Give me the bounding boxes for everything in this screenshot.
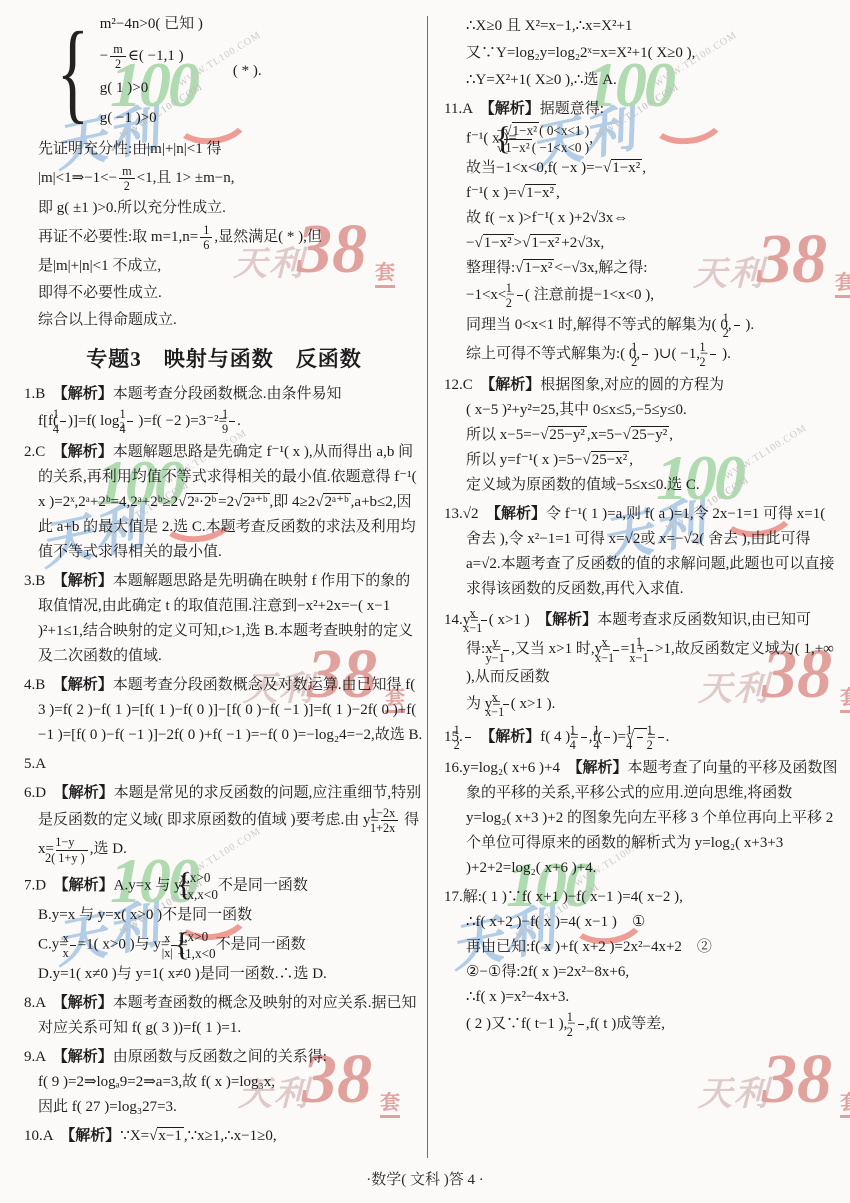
answer-item: 5.A (24, 752, 424, 777)
answer-item: 15.12 【解析】f( 4 )=14,f(14)=√14=12. (444, 723, 840, 752)
answer-item: 9.A 【解析】由原函数与反函数之间的关系得:f( 9 )=2⇒logₐ9=2⇒… (24, 1045, 424, 1120)
paragraph: 再证不必要性:取 m=1,n=16,显然满足( * ),但 (24, 223, 424, 252)
answer-item: 7.D 【解析】A.y=x 与 y={x,x>0−x,x<0不是同一函数B.y=… (24, 869, 424, 988)
system-line: m²−4n>0( 已知 ) (100, 12, 203, 37)
equation-system: {m²−4n>0( 已知 )−m2∈( −1,1 )g( 1 )>0g( −1 … (46, 12, 424, 131)
watermark-tl38: 天利38套 (698, 1050, 850, 1145)
answer-item: 4.B 【解析】本题考查分段函数概念及对数运算.由已知得 f( 3 )=f( 2… (24, 673, 424, 748)
answer-item: 17.解:( 1 )∵f( x+1 )−f( x−1 )=4( x−2 ),∴f… (444, 885, 840, 1039)
answer-item: 12.C 【解析】根据图象,对应的圆的方程为( x−5 )²+y²=25,其中 … (444, 373, 840, 498)
system-line: −m2∈( −1,1 ) (100, 42, 203, 71)
answer-item: 13.√2 【解析】令 f⁻¹( 1 )=a,则 f( a )=1,令 2x−1… (444, 502, 840, 602)
paragraph: 又∵Y=log₂y=log₂2ˣ=x=X²+1( X≥0 ), (444, 41, 840, 66)
system-brace: { (57, 16, 89, 128)
watermark-38-text: 38 (762, 1040, 832, 1120)
paragraph: 综合以上得命题成立. (24, 308, 424, 333)
system-line: g( −1 )>0 (100, 106, 203, 131)
paragraph: 先证明充分性:由|m|+|n|<1 得 (24, 137, 424, 162)
answer-item: 2.C 【解析】本题解题思路是先确定 f⁻¹( x ),从而得出 a,b 间的关… (24, 440, 424, 565)
answer-item: 10.A 【解析】∵X=√x−1,∵x≥1,∴x−1≥0, (24, 1124, 424, 1149)
paragraph: 是|m|+|n|<1 不成立, (24, 254, 424, 279)
watermark-tao-text: 套 (840, 681, 850, 713)
answer-item: 3.B 【解析】本题解题思路是先明确在映射 f 作用下的象的取值情况,由此确定 … (24, 569, 424, 669)
system-mark: ( * ). (233, 59, 262, 84)
answer-item: 11.A 【解析】据题意得:f⁻¹( x )={−√1−x²( 0<x<1 )√… (444, 97, 840, 369)
column-divider (427, 16, 428, 1158)
answer-item: 16.y=log₂( x+6 )+4 【解析】本题考查了向量的平移及函数图象的平… (444, 756, 840, 881)
answer-item: 1.B 【解析】本题考查分段函数概念.由条件易知f[f(14)]=f( log₂… (24, 382, 424, 436)
system-lines: m²−4n>0( 已知 )−m2∈( −1,1 )g( 1 )>0g( −1 )… (100, 12, 203, 131)
right-column: ∴X≥0 且 X²=x−1,∴x=X²+1又∵Y=log₂y=log₂2ˣ=x=… (444, 12, 840, 1044)
answer-item: 8.A 【解析】本题考查函数的概念及映射的对应关系.据已知对应关系可知 f( g… (24, 991, 424, 1041)
system-line: g( 1 )>0 (100, 76, 203, 101)
answer-item: 6.D 【解析】本题是常见的求反函数的问题,应注重细节,特别是反函数的定义域( … (24, 781, 424, 865)
paragraph: 即得不必要性成立. (24, 281, 424, 306)
scanned-answer-page: 天利100WWW.TL100.COMWWW.TL100.COM天利100WWW.… (0, 0, 850, 1203)
left-column: {m²−4n>0( 已知 )−m2∈( −1,1 )g( 1 )>0g( −1 … (24, 12, 424, 1153)
paragraph: ∴Y=X²+1( X≥0 ),∴选 A. (444, 68, 840, 93)
page-footer: ·数学( 文科 )答 4 · (0, 1168, 850, 1189)
paragraph: |m|<1⇒−1<−m2<1,且 1> ±m−n, (24, 164, 424, 193)
watermark-tao-text: 套 (840, 1086, 850, 1118)
section-heading: 专题3 映射与函数 反函数 (24, 347, 424, 372)
paragraph: ∴X≥0 且 X²=x−1,∴x=X²+1 (444, 14, 840, 39)
paragraph: 即 g( ±1 )>0.所以充分性成立. (24, 196, 424, 221)
watermark-tianli-text: 天利 (698, 1066, 770, 1115)
answer-item: 14.y=xx−1( x>1 ) 【解析】本题考查求反函数知识,由已知可得:x=… (444, 606, 840, 719)
